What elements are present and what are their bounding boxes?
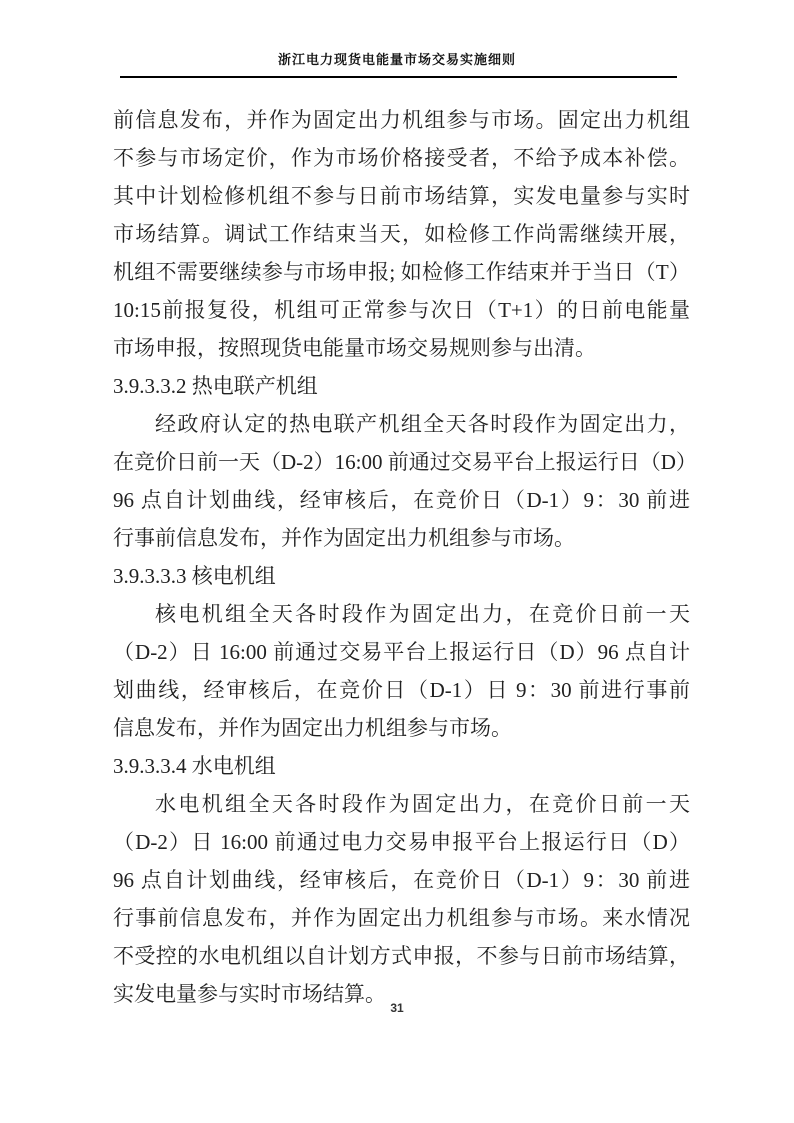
text-line: 水电机组全天各时段作为固定出力，在竞价日前一天	[113, 785, 690, 823]
text-line: 划曲线，经审核后，在竞价日（D-1）日 9：30 前进行事前	[113, 671, 690, 709]
text-line: 行事前信息发布，并作为固定出力机组参与市场。来水情况	[113, 899, 690, 937]
document-page: 浙江电力现货电能量市场交易实施细则 前信息发布，并作为固定出力机组参与市场。固定…	[0, 0, 794, 1123]
text-line: 其中计划检修机组不参与日前市场结算，实发电量参与实时	[113, 177, 690, 215]
text-line: 不参与市场定价，作为市场价格接受者，不给予成本补偿。	[113, 139, 690, 177]
text-line: 信息发布，并作为固定出力机组参与市场。	[113, 709, 690, 747]
section-heading: 3.9.3.3.3 核电机组	[113, 557, 690, 595]
text-line: 10:15前报复役，机组可正常参与次日（T+1）的日前电能量	[113, 291, 690, 329]
text-line: 经政府认定的热电联产机组全天各时段作为固定出力，	[113, 405, 690, 443]
text-line: 市场结算。调试工作结束当天，如检修工作尚需继续开展，	[113, 215, 690, 253]
section-heading: 3.9.3.3.2 热电联产机组	[113, 367, 690, 405]
text-line: 前信息发布，并作为固定出力机组参与市场。固定出力机组	[113, 101, 690, 139]
text-line: 96 点自计划曲线，经审核后，在竞价日（D-1）9：30 前进	[113, 861, 690, 899]
section-heading: 3.9.3.3.4 水电机组	[113, 747, 690, 785]
text-line: （D-2）日 16:00 前通过电力交易申报平台上报运行日（D）	[113, 823, 690, 861]
document-body: 前信息发布，并作为固定出力机组参与市场。固定出力机组不参与市场定价，作为市场价格…	[113, 101, 690, 1013]
text-line: 核电机组全天各时段作为固定出力，在竞价日前一天	[113, 595, 690, 633]
text-line: 在竞价日前一天（D-2）16:00 前通过交易平台上报运行日（D）	[113, 443, 690, 481]
text-line: 机组不需要继续参与市场申报; 如检修工作结束并于当日（T）	[113, 253, 690, 291]
header-divider-rule	[120, 76, 677, 78]
text-line: 不受控的水电机组以自计划方式申报，不参与日前市场结算，	[113, 937, 690, 975]
text-line: （D-2）日 16:00 前通过交易平台上报运行日（D）96 点自计	[113, 633, 690, 671]
text-line: 市场申报，按照现货电能量市场交易规则参与出清。	[113, 329, 690, 367]
text-line: 行事前信息发布，并作为固定出力机组参与市场。	[113, 519, 690, 557]
page-header-title: 浙江电力现货电能量市场交易实施细则	[0, 51, 794, 69]
text-line: 96 点自计划曲线，经审核后，在竞价日（D-1）9：30 前进	[113, 481, 690, 519]
page-number: 31	[0, 1001, 794, 1015]
